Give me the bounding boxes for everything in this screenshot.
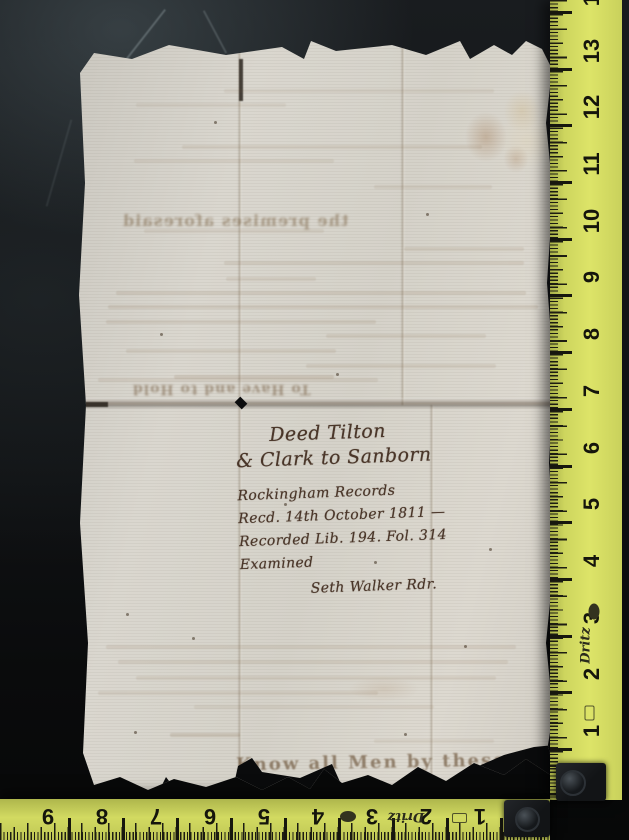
brand-logo-icon xyxy=(340,811,356,822)
crease-split xyxy=(74,402,108,407)
docket-line: Seth Walker Rdr. xyxy=(310,572,481,601)
background-scratch xyxy=(203,10,227,53)
inch-line xyxy=(550,11,572,14)
foxing-speck xyxy=(126,613,129,616)
foxing-speck xyxy=(404,733,407,736)
tape-brand-label: Dritz xyxy=(384,809,428,824)
bleedthrough-line xyxy=(194,705,434,709)
bleedthrough-line xyxy=(118,660,508,664)
bleedthrough-line xyxy=(226,277,316,281)
bleedthrough-line xyxy=(170,733,240,737)
bleedthrough-line xyxy=(136,676,496,680)
bleedthrough-line xyxy=(326,334,486,338)
ruler-number: 9 xyxy=(579,255,605,299)
inch-line xyxy=(550,408,572,411)
vertical-tape-measure: 1234567891011121314 Dritz xyxy=(550,0,622,800)
tick-marks xyxy=(550,0,567,800)
bleedthrough-line xyxy=(182,145,482,149)
ruler-number: 11 xyxy=(579,142,605,186)
deed-document: the premises aforesaid To Have and to Ho… xyxy=(74,33,557,793)
bleedthrough-line xyxy=(134,159,334,163)
bleedthrough-line xyxy=(306,364,496,368)
inch-line xyxy=(550,124,572,127)
foxing-speck xyxy=(489,548,492,551)
bleedthrough-line xyxy=(374,185,492,189)
ruler-number: 4 xyxy=(296,803,340,829)
bleedthrough-headline-top: the premises aforesaid xyxy=(122,211,349,230)
foxing-speck xyxy=(336,373,339,376)
tape-brand-label: Dritz xyxy=(579,624,594,668)
bleedthrough-line xyxy=(126,349,336,353)
brand-logo-icon xyxy=(589,604,600,620)
tape-metal-end xyxy=(504,800,550,837)
docket-lines: Deed Tilton& Clark to SanbornRockingham … xyxy=(235,416,481,603)
ruler-number: 5 xyxy=(579,482,605,526)
ruler-number: 6 xyxy=(188,803,232,829)
foxing-speck xyxy=(214,121,217,124)
horizontal-fold-crease xyxy=(74,398,557,409)
inch-line xyxy=(550,521,572,524)
ruler-number: 10 xyxy=(579,199,605,243)
bleedthrough-headline-middle: To Have and to Hold xyxy=(132,381,311,397)
ruler-number: 8 xyxy=(80,803,124,829)
bleedthrough-line xyxy=(106,645,516,649)
bleedthrough-line xyxy=(174,375,334,379)
bleedthrough-line xyxy=(116,291,526,295)
foxing-speck xyxy=(426,213,429,216)
inch-line xyxy=(550,238,572,241)
ruler-number: 7 xyxy=(579,369,605,413)
inch-line xyxy=(550,465,572,468)
inch-line xyxy=(550,691,572,694)
background-scratch xyxy=(46,120,72,207)
ruler-number: 5 xyxy=(242,803,286,829)
bleedthrough-line xyxy=(106,320,376,324)
tape-rivet xyxy=(560,770,586,796)
bleedthrough-line xyxy=(404,247,524,251)
inch-line xyxy=(550,635,572,638)
foxing-speck xyxy=(374,561,377,564)
foxing-speck xyxy=(160,333,163,336)
tape-metal-end xyxy=(556,763,606,801)
horizontal-tape-measure: 123456789 Dritz xyxy=(0,799,550,840)
inch-line xyxy=(550,181,572,184)
ruler-number: 12 xyxy=(579,85,605,129)
bleedthrough-line xyxy=(224,261,524,265)
inch-label-mark xyxy=(585,706,595,721)
inch-line xyxy=(550,748,572,751)
foxing-speck xyxy=(284,503,287,506)
ruler-number: 8 xyxy=(579,312,605,356)
torn-edge-gap xyxy=(158,777,178,793)
foxing-speck xyxy=(192,637,195,640)
inch-line xyxy=(550,294,572,297)
ruler-number: 9 xyxy=(26,803,70,829)
ruler-number: 4 xyxy=(579,539,605,583)
inch-line xyxy=(550,68,572,71)
inch-label-mark xyxy=(452,813,467,823)
ruler-number: 6 xyxy=(579,426,605,470)
bleedthrough-line xyxy=(374,739,494,743)
inch-line xyxy=(550,351,572,354)
ruler-number: 13 xyxy=(579,29,605,73)
foxing-speck xyxy=(134,731,137,734)
ruler-number: 7 xyxy=(134,803,178,829)
bleedthrough-line xyxy=(136,103,286,107)
bleedthrough-line xyxy=(108,305,538,309)
photo-stage: { "document": { "docket": { "lines": [ {… xyxy=(0,0,629,840)
foxing-speck xyxy=(464,645,467,648)
bleedthrough-line xyxy=(98,691,378,695)
ruler-number: 14 xyxy=(579,0,605,16)
crease-split xyxy=(239,59,243,101)
inch-line xyxy=(550,578,572,581)
tape-rivet xyxy=(515,807,540,832)
bleedthrough-line xyxy=(224,89,494,93)
